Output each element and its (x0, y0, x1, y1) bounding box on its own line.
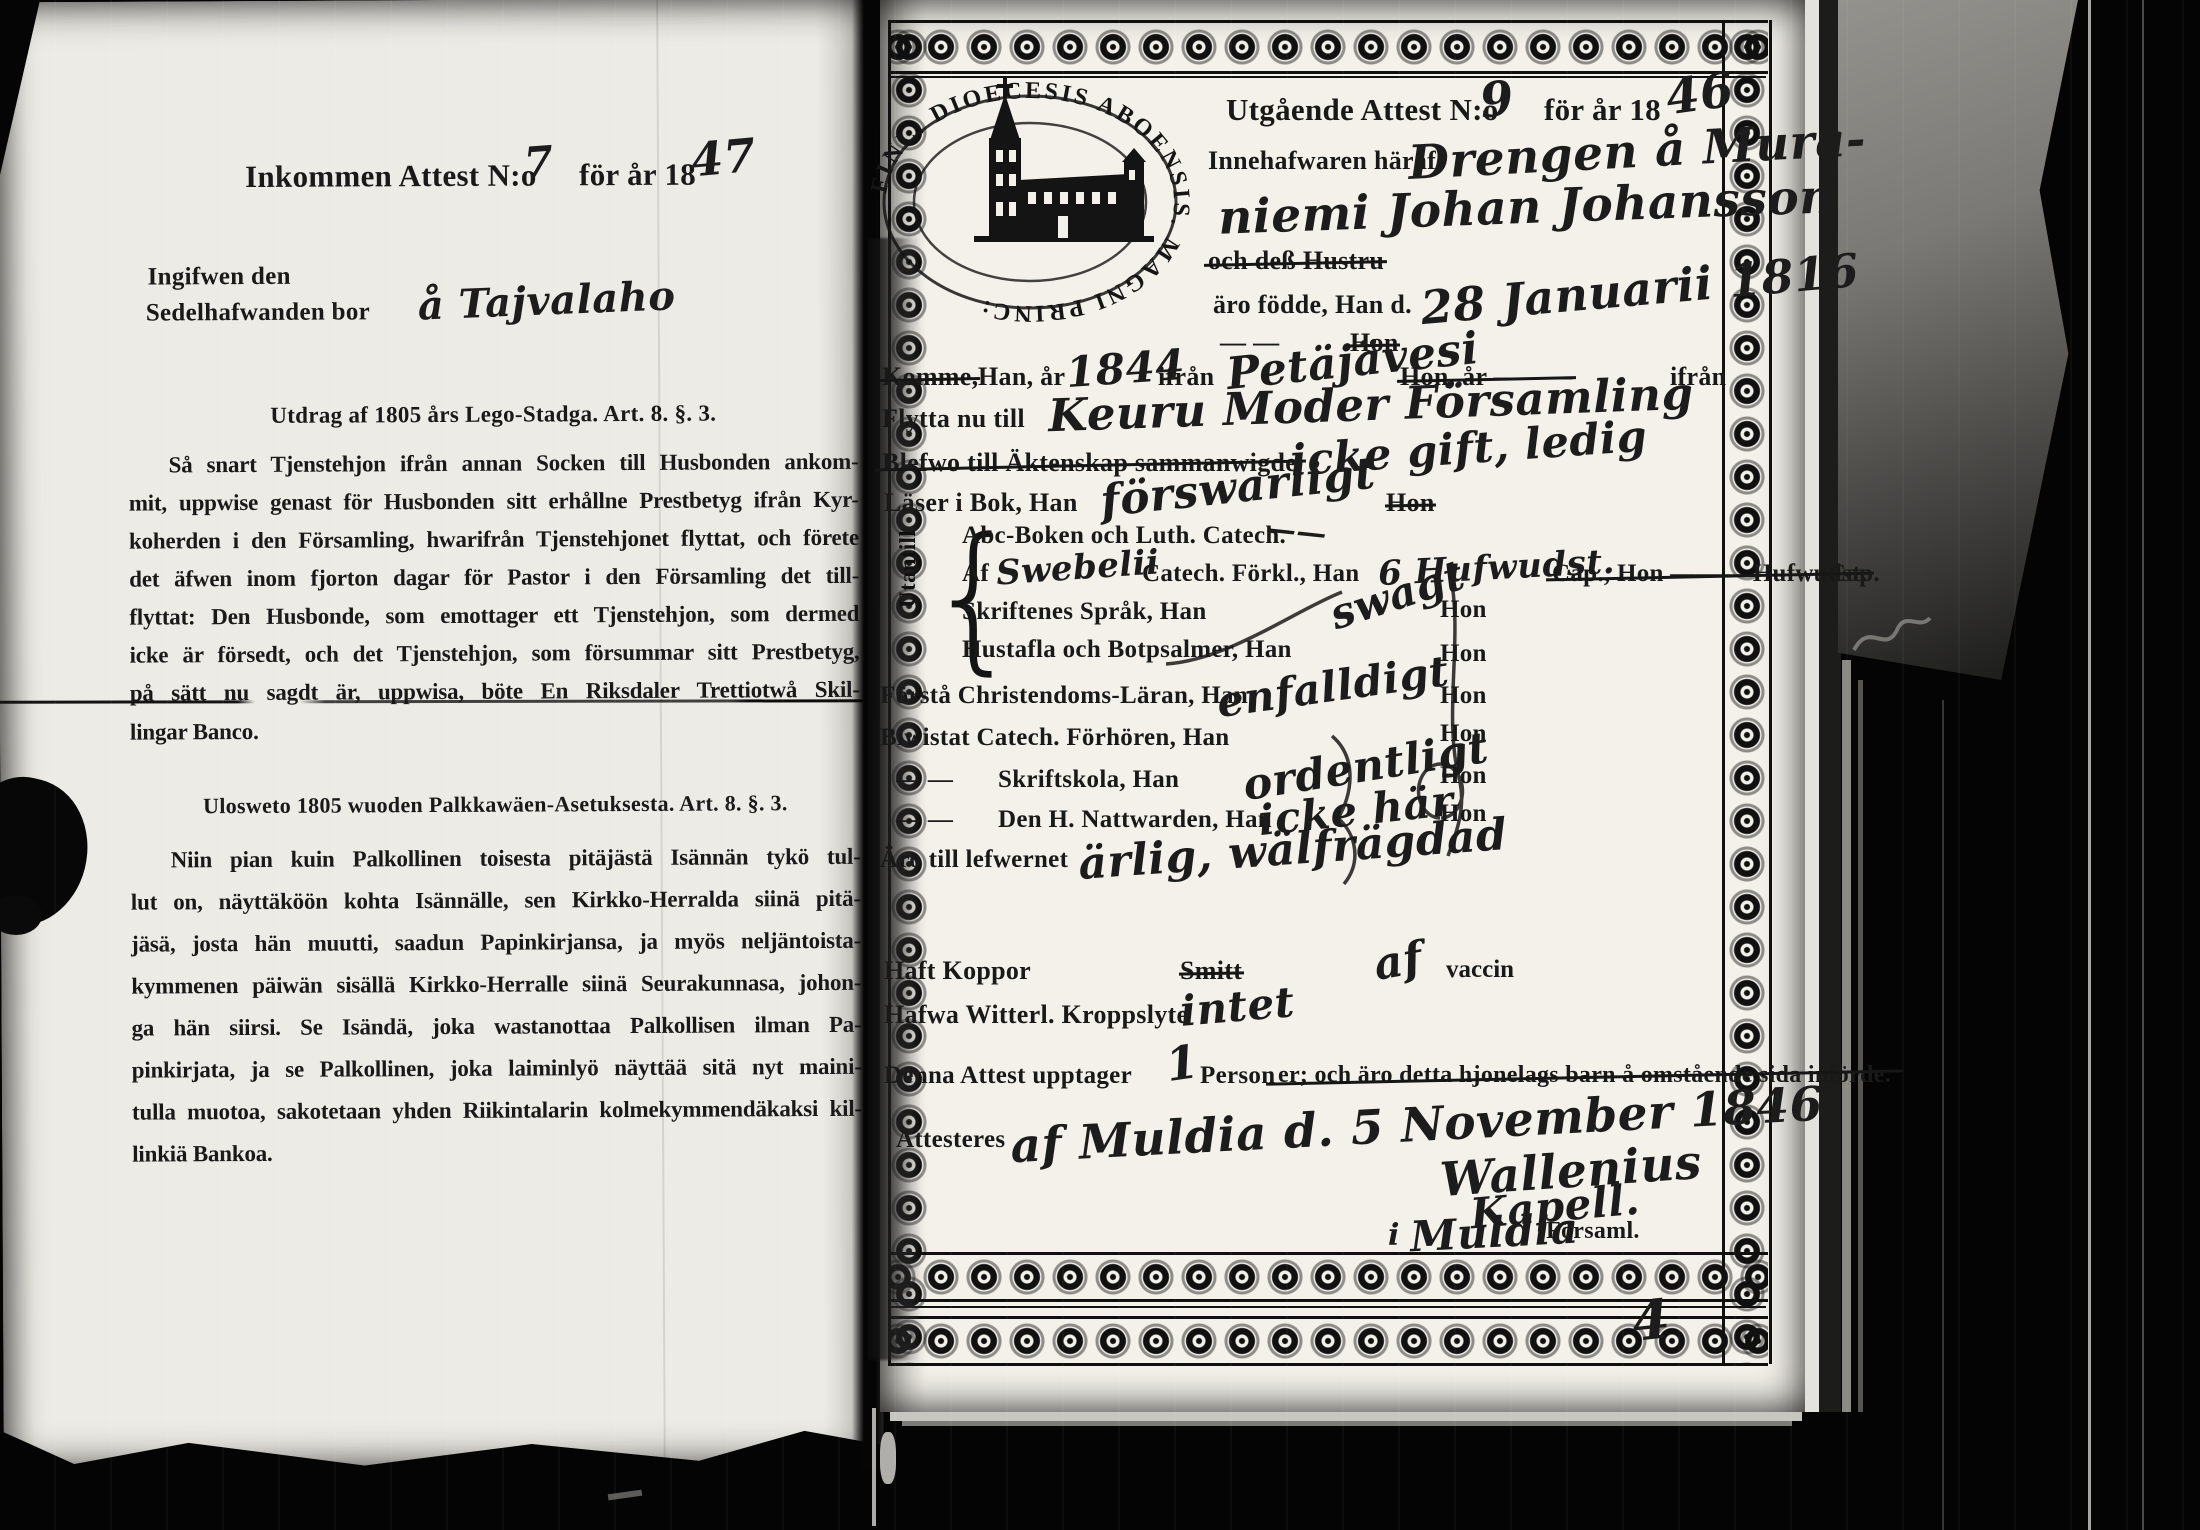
bottom-gutter-mark (872, 1408, 876, 1526)
text-line: ga hän siirsi. Se Isändä, joka wastanott… (131, 1004, 861, 1050)
text-line: koherden i den Församling, hwarifrån Tje… (129, 519, 859, 561)
left-header-label: Inkommen Attest N:o (245, 157, 537, 195)
text-line: lut on, näyttäköön kohta Isännälle, sen … (131, 878, 861, 924)
ink-flourishes (880, 0, 1805, 1412)
text-line: jäsä, josta hän muutti, saadun Papinkirj… (131, 920, 861, 966)
text-line: det äfwen inom fjorton dagar för Pastor … (129, 557, 859, 599)
page-stack-bottom-edge2 (902, 1421, 1792, 1426)
text-line: kymmenen päiwän sisällä Kirkko-Herralle … (131, 962, 861, 1008)
page-edge-strip (1842, 660, 1851, 1412)
page-edge-strip2 (1858, 680, 1863, 1412)
text-line: icke är försedt, och det Tjenstehjon, so… (129, 633, 859, 675)
finnish-heading: Ulosweto 1805 wuoden Palkkawäen-Asetukse… (115, 790, 875, 820)
text-line: på sätt nu sagdt är, uppwisa, böte En Ri… (130, 671, 860, 713)
swebelii-suffix: Cap. (1828, 560, 1880, 588)
finnish-paragraph: Niin pian kuin Palkollinen toisesta pitä… (131, 836, 863, 1176)
bottom-small-mark (608, 1490, 643, 1501)
left-year-value: 47 (689, 128, 759, 188)
text-line: Niin pian kuin Palkollinen toisesta pitä… (131, 836, 861, 882)
text-line: linkiä Bankoa. (132, 1130, 862, 1176)
submitted-label: Ingifwen den (148, 263, 291, 292)
swedish-heading: Utdrag af 1805 års Lego-Stadga. Art. 8. … (128, 400, 858, 430)
text-line: pinkirjata, ja se Palkollinen, joka laim… (132, 1046, 862, 1092)
text-line: tulla muotoa, sakotetaan yhden Riikintal… (132, 1088, 862, 1134)
text-line: mit, uppwise genast för Husbonden sitt e… (129, 481, 859, 523)
text-line: flyttat: Den Husbonde, som emottager ett… (129, 595, 859, 637)
text-line: Så snart Tjenstehjon ifrån annan Socken … (128, 443, 858, 485)
text-line: lingar Banco. (130, 710, 860, 752)
swedish-paragraph: Så snart Tjenstehjon ifrån annan Socken … (128, 443, 860, 752)
left-year-label: för år 18 (579, 157, 696, 194)
scan-line3 (1942, 700, 1944, 1530)
right-page: FINL: DIOECESIS ABOENSIS. MAGNI PRINC: (880, 0, 1805, 1412)
page-stack-bottom-edge (890, 1412, 1802, 1421)
scan-line (2088, 0, 2091, 1530)
scan-line2 (2142, 0, 2144, 1530)
left-header: Inkommen Attest N:o 7 för år 18 47 (0, 0, 876, 2)
bearer-location: å Tajvalaho (417, 272, 676, 329)
bearer-label: Sedelhafwanden bor (146, 298, 370, 327)
left-page: Inkommen Attest N:o 7 för år 18 47 Ingif… (0, 0, 884, 1470)
edge-scribble (1846, 590, 1936, 680)
document-scan: Inkommen Attest N:o 7 för år 18 47 Ingif… (0, 0, 2200, 1530)
left-attest-number: 7 (522, 136, 555, 187)
bottom-gutter-blob (880, 1432, 896, 1484)
